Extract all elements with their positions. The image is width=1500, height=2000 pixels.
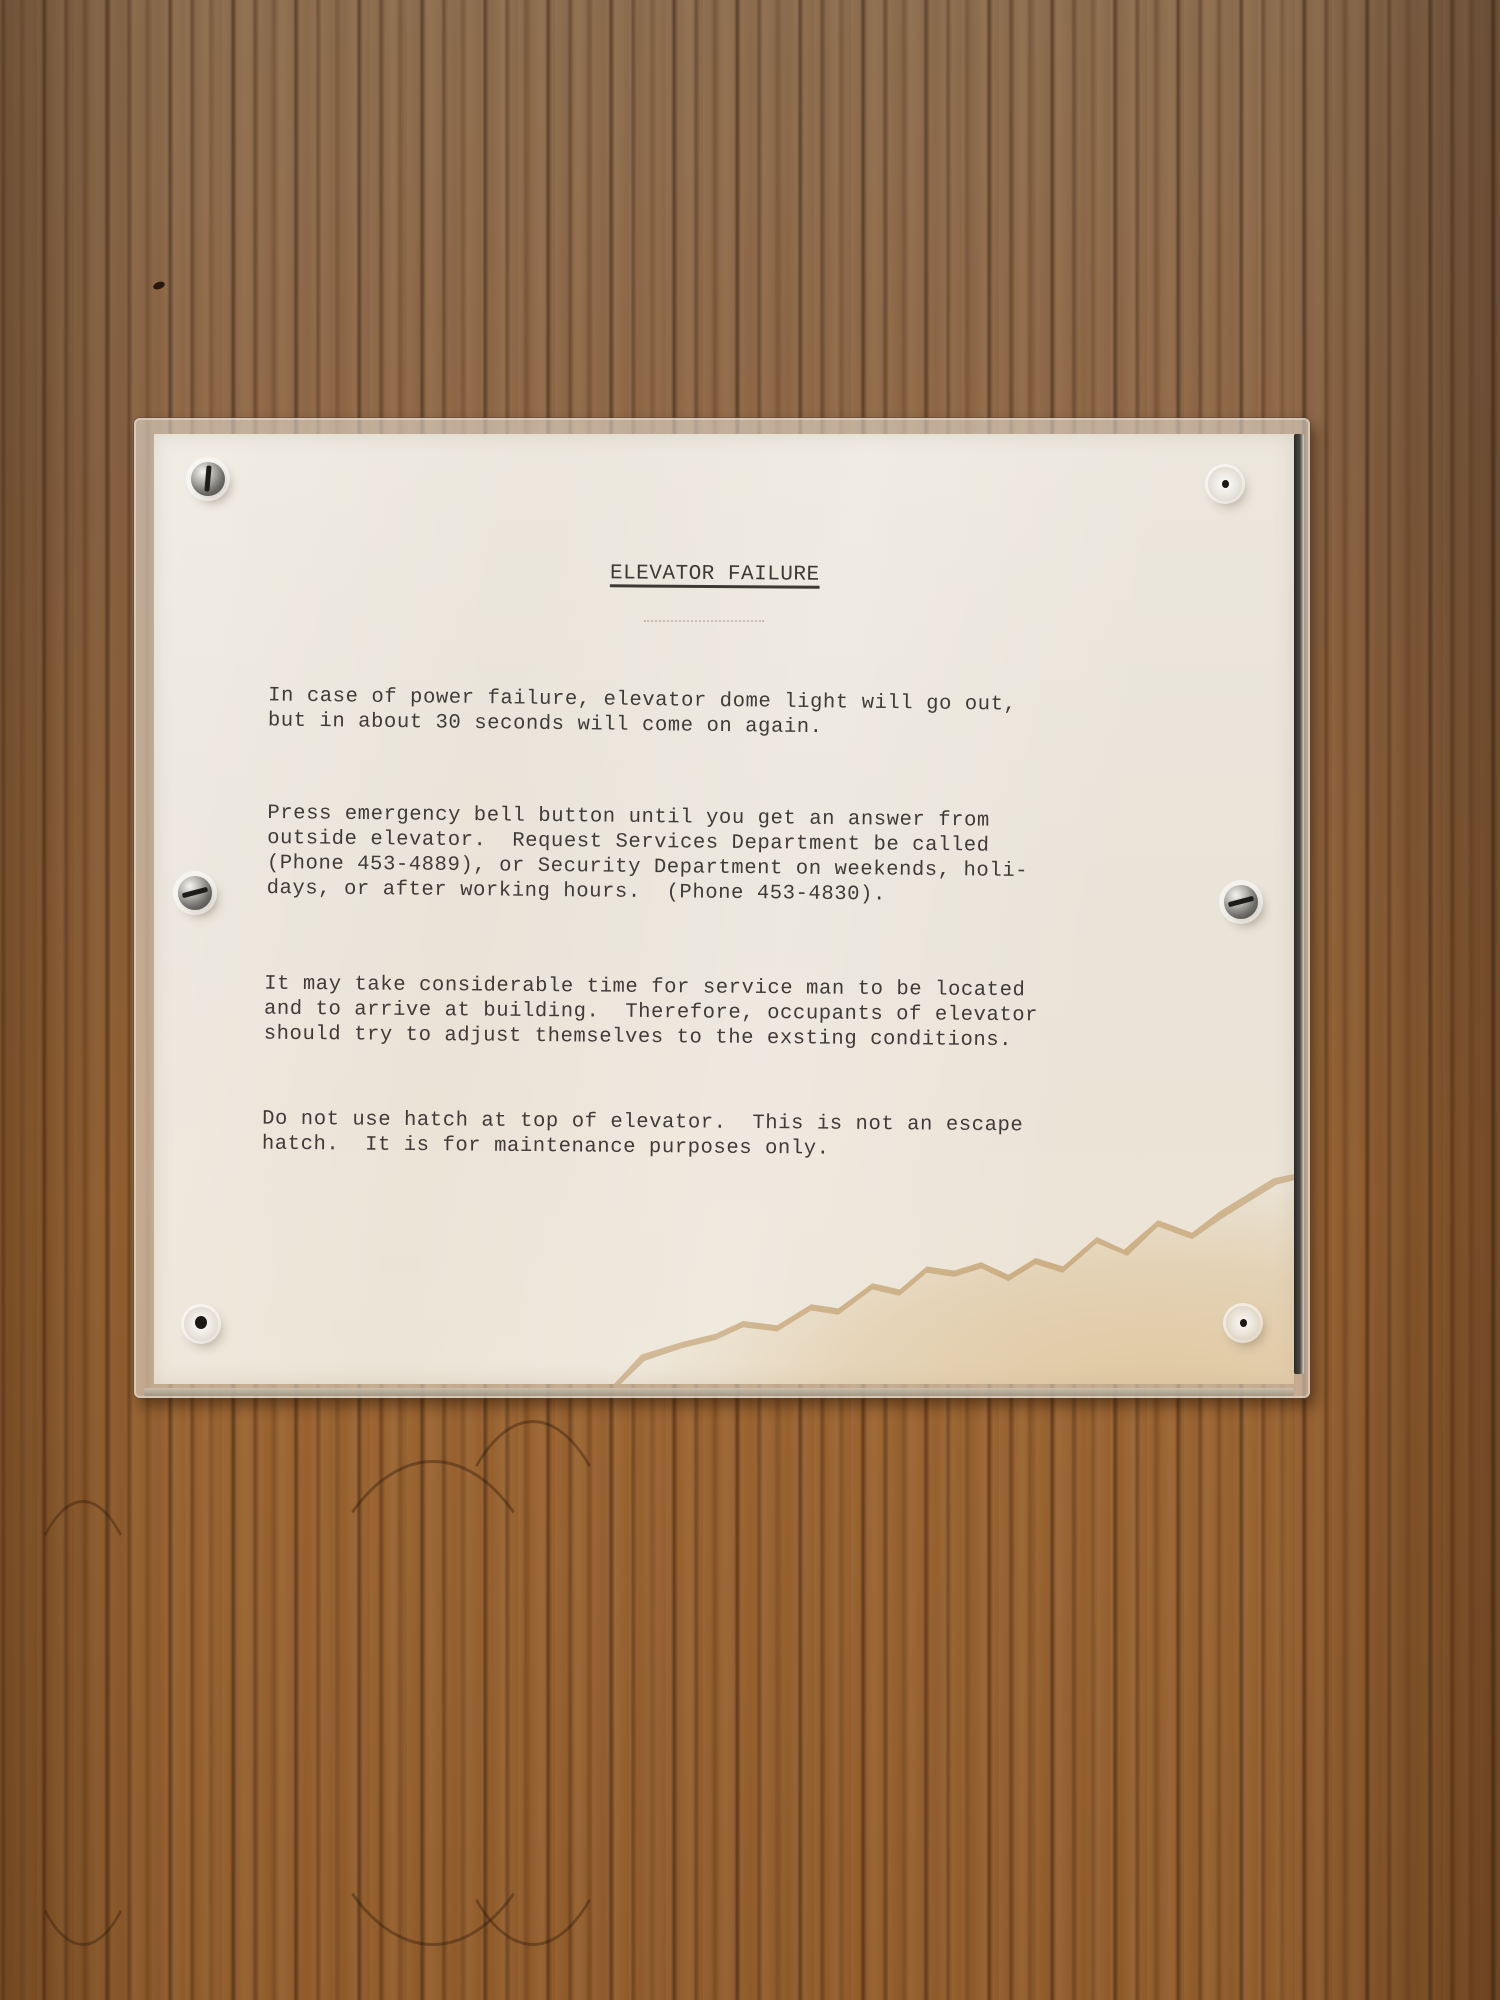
screw-hole-icon [1226, 1306, 1260, 1340]
faded-erased-line [644, 614, 764, 622]
screw-icon [191, 462, 225, 496]
sign-title: ELEVATOR FAILURE [610, 562, 820, 586]
paragraph-power-failure: In case of power failure, elevator dome … [268, 683, 1017, 742]
frame-edge-bottom [144, 1388, 1294, 1396]
screw-icon [178, 876, 212, 910]
screw-hole-icon [1208, 467, 1242, 501]
paragraph-emergency-bell: Press emergency bell button until you ge… [266, 801, 1028, 909]
screw-icon [1224, 885, 1258, 919]
acrylic-frame: ELEVATOR FAILURE [134, 418, 1310, 1398]
notice-paper: ELEVATOR FAILURE [154, 434, 1294, 1384]
frame-edge-right [1294, 434, 1304, 1374]
screw-hole-icon [184, 1307, 218, 1341]
water-stain [614, 1174, 1294, 1384]
paragraph-service-delay: It may take considerable time for servic… [264, 972, 1039, 1054]
paragraph-hatch-warning: Do not use hatch at top of elevator. Thi… [262, 1107, 1024, 1164]
